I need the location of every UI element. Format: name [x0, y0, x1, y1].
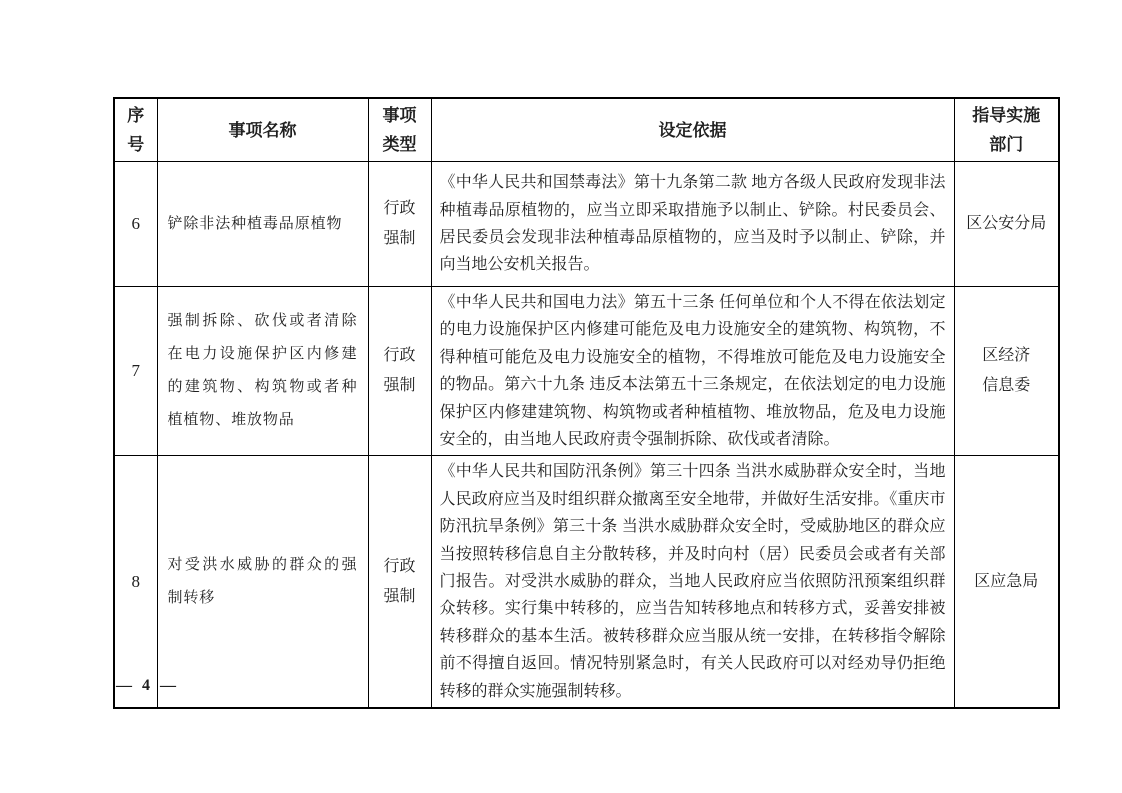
header-guiding-department: 指导实施 部门	[954, 98, 1059, 162]
guiding-department-cell: 区应急局	[954, 456, 1059, 708]
item-name-cell: 对受洪水威胁的群众的强制转移	[157, 456, 368, 708]
setting-basis-cell: 《中华人民共和国电力法》第五十三条 任何单位和个人不得在依法划定的电力设施保护区…	[431, 287, 954, 456]
setting-basis-cell: 《中华人民共和国禁毒法》第十九条第二款 地方各级人民政府发现非法种植毒品原植物的…	[431, 162, 954, 287]
header-setting-basis: 设定依据	[431, 98, 954, 162]
table-row-item-6: 6 铲除非法种植毒品原植物 行政 强制 《中华人民共和国禁毒法》第十九条第二款 …	[114, 162, 1059, 287]
table-row-item-7: 7 强制拆除、砍伐或者清除在电力设施保护区内修建的建筑物、构筑物或者种植植物、堆…	[114, 287, 1059, 456]
item-type-cell: 行政 强制	[368, 287, 431, 456]
header-item-type: 事项 类型	[368, 98, 431, 162]
serial-number-cell: 6	[114, 162, 157, 287]
serial-number-cell: 7	[114, 287, 157, 456]
header-item-name: 事项名称	[157, 98, 368, 162]
enforcement-items-table: 序 号 事项名称 事项 类型 设定依据 指导实施 部门 6 铲除非法种植毒品原植…	[113, 97, 1060, 709]
table-row-item-8: 8 对受洪水威胁的群众的强制转移 行政 强制 《中华人民共和国防汛条例》第三十四…	[114, 456, 1059, 708]
table-header-row: 序 号 事项名称 事项 类型 设定依据 指导实施 部门	[114, 98, 1059, 162]
item-type-cell: 行政 强制	[368, 456, 431, 708]
item-type-cell: 行政 强制	[368, 162, 431, 287]
item-name-cell: 强制拆除、砍伐或者清除在电力设施保护区内修建的建筑物、构筑物或者种植植物、堆放物…	[157, 287, 368, 456]
header-serial-number: 序 号	[114, 98, 157, 162]
page-number: — 4 —	[116, 677, 179, 695]
serial-number-cell: 8	[114, 456, 157, 708]
guiding-department-cell: 区经济 信息委	[954, 287, 1059, 456]
guiding-department-cell: 区公安分局	[954, 162, 1059, 287]
setting-basis-cell: 《中华人民共和国防汛条例》第三十四条 当洪水威胁群众安全时，当地人民政府应当及时…	[431, 456, 954, 708]
item-name-cell: 铲除非法种植毒品原植物	[157, 162, 368, 287]
